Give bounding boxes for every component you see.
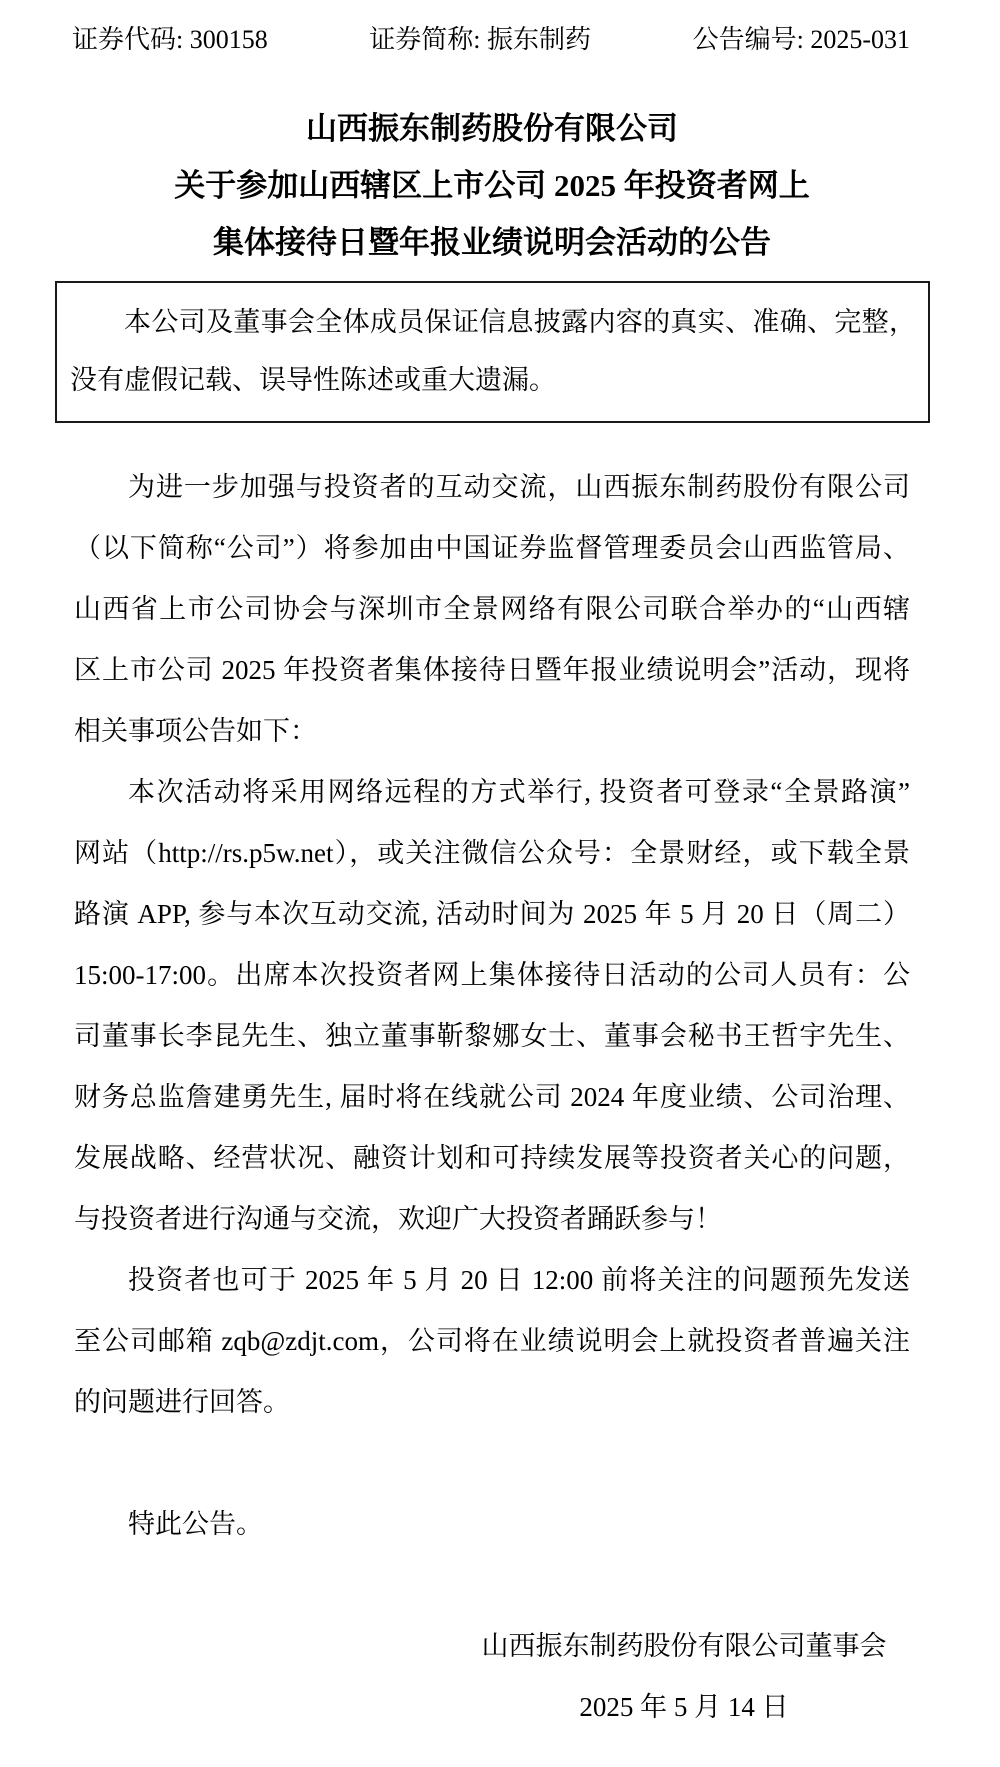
document-header: 证券代码: 300158 证券简称: 振东制药 公告编号: 2025-031 bbox=[72, 24, 910, 56]
announcement-number: 公告编号: 2025-031 bbox=[693, 24, 910, 56]
title-line-3: 集体接待日暨年报业绩说明会活动的公告 bbox=[74, 214, 910, 271]
stock-name: 证券简称: 振东制药 bbox=[369, 24, 591, 56]
paragraph-2: 本次活动将采用网络远程的方式举行, 投资者可登录“全景路演”网站（http://… bbox=[74, 762, 910, 1250]
announcement-document-page: 证券代码: 300158 证券简称: 振东制药 公告编号: 2025-031 山… bbox=[0, 0, 1000, 1767]
closing-statement: 特此公告。 bbox=[74, 1494, 910, 1555]
title-line-1: 山西振东制药股份有限公司 bbox=[74, 100, 910, 157]
paragraph-1: 为进一步加强与投资者的互动交流，山西振东制药股份有限公司（以下简称“公司”）将参… bbox=[74, 457, 910, 762]
paragraph-3: 投资者也可于 2025 年 5 月 20 日 12:00 前将关注的问题预先发送… bbox=[74, 1250, 910, 1433]
signoff-block: 山西振东制药股份有限公司董事会 2025 年 5 月 14 日 bbox=[480, 1616, 888, 1738]
document-title: 山西振东制药股份有限公司 关于参加山西辖区上市公司 2025 年投资者网上 集体… bbox=[74, 100, 910, 271]
signoff-company: 山西振东制药股份有限公司董事会 bbox=[480, 1616, 888, 1677]
disclaimer-box: 本公司及董事会全体成员保证信息披露内容的真实、准确、完整，没有虚假记载、误导性陈… bbox=[55, 281, 930, 423]
stock-code: 证券代码: 300158 bbox=[72, 24, 268, 56]
title-line-2: 关于参加山西辖区上市公司 2025 年投资者网上 bbox=[74, 157, 910, 214]
document-body: 为进一步加强与投资者的互动交流，山西振东制药股份有限公司（以下简称“公司”）将参… bbox=[74, 457, 910, 1555]
signoff-date: 2025 年 5 月 14 日 bbox=[480, 1677, 888, 1738]
